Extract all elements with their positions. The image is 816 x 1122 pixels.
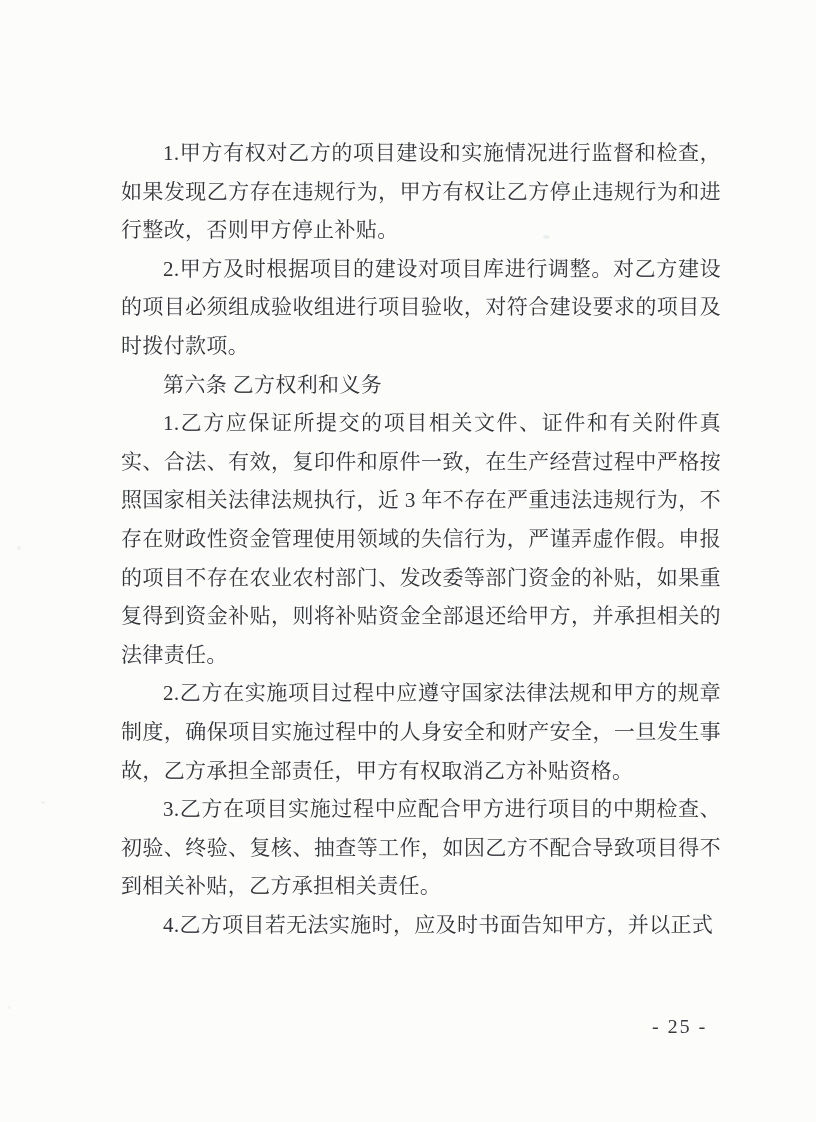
scan-noise-speck [41, 801, 45, 804]
scan-noise-speck [8, 1006, 11, 1009]
document-page: 1.甲方有权对乙方的项目建设和实施情况进行监督和检查，如果发现乙方存在违规行为，… [0, 0, 816, 1122]
paragraph-party-b-duty-4: 4.乙方项目若无法实施时，应及时书面告知甲方，并以正式 [121, 906, 721, 945]
scan-noise-speck [543, 235, 550, 239]
paragraph-party-b-duty-2: 2.乙方在实施项目过程中应遵守国家法律法规和甲方的规章制度，确保项目实施过程中的… [121, 674, 721, 790]
paragraph-party-a-right-1: 1.甲方有权对乙方的项目建设和实施情况进行监督和检查，如果发现乙方存在违规行为，… [121, 134, 721, 250]
paragraph-party-b-duty-1: 1.乙方应保证所提交的项目相关文件、证件和有关附件真实、合法、有效，复印件和原件… [121, 404, 721, 674]
paragraph-party-b-duty-3: 3.乙方在项目实施过程中应配合甲方进行项目的中期检查、初验、终验、复核、抽查等工… [121, 790, 721, 906]
section-heading-article-6: 第六条 乙方权利和义务 [121, 366, 721, 405]
scan-noise-speck [17, 546, 21, 550]
page-number: - 25 - [652, 1016, 732, 1039]
document-body: 1.甲方有权对乙方的项目建设和实施情况进行监督和检查，如果发现乙方存在违规行为，… [121, 134, 721, 944]
paragraph-party-a-right-2: 2.甲方及时根据项目的建设对项目库进行调整。对乙方建设的项目必须组成验收组进行项… [121, 250, 721, 366]
